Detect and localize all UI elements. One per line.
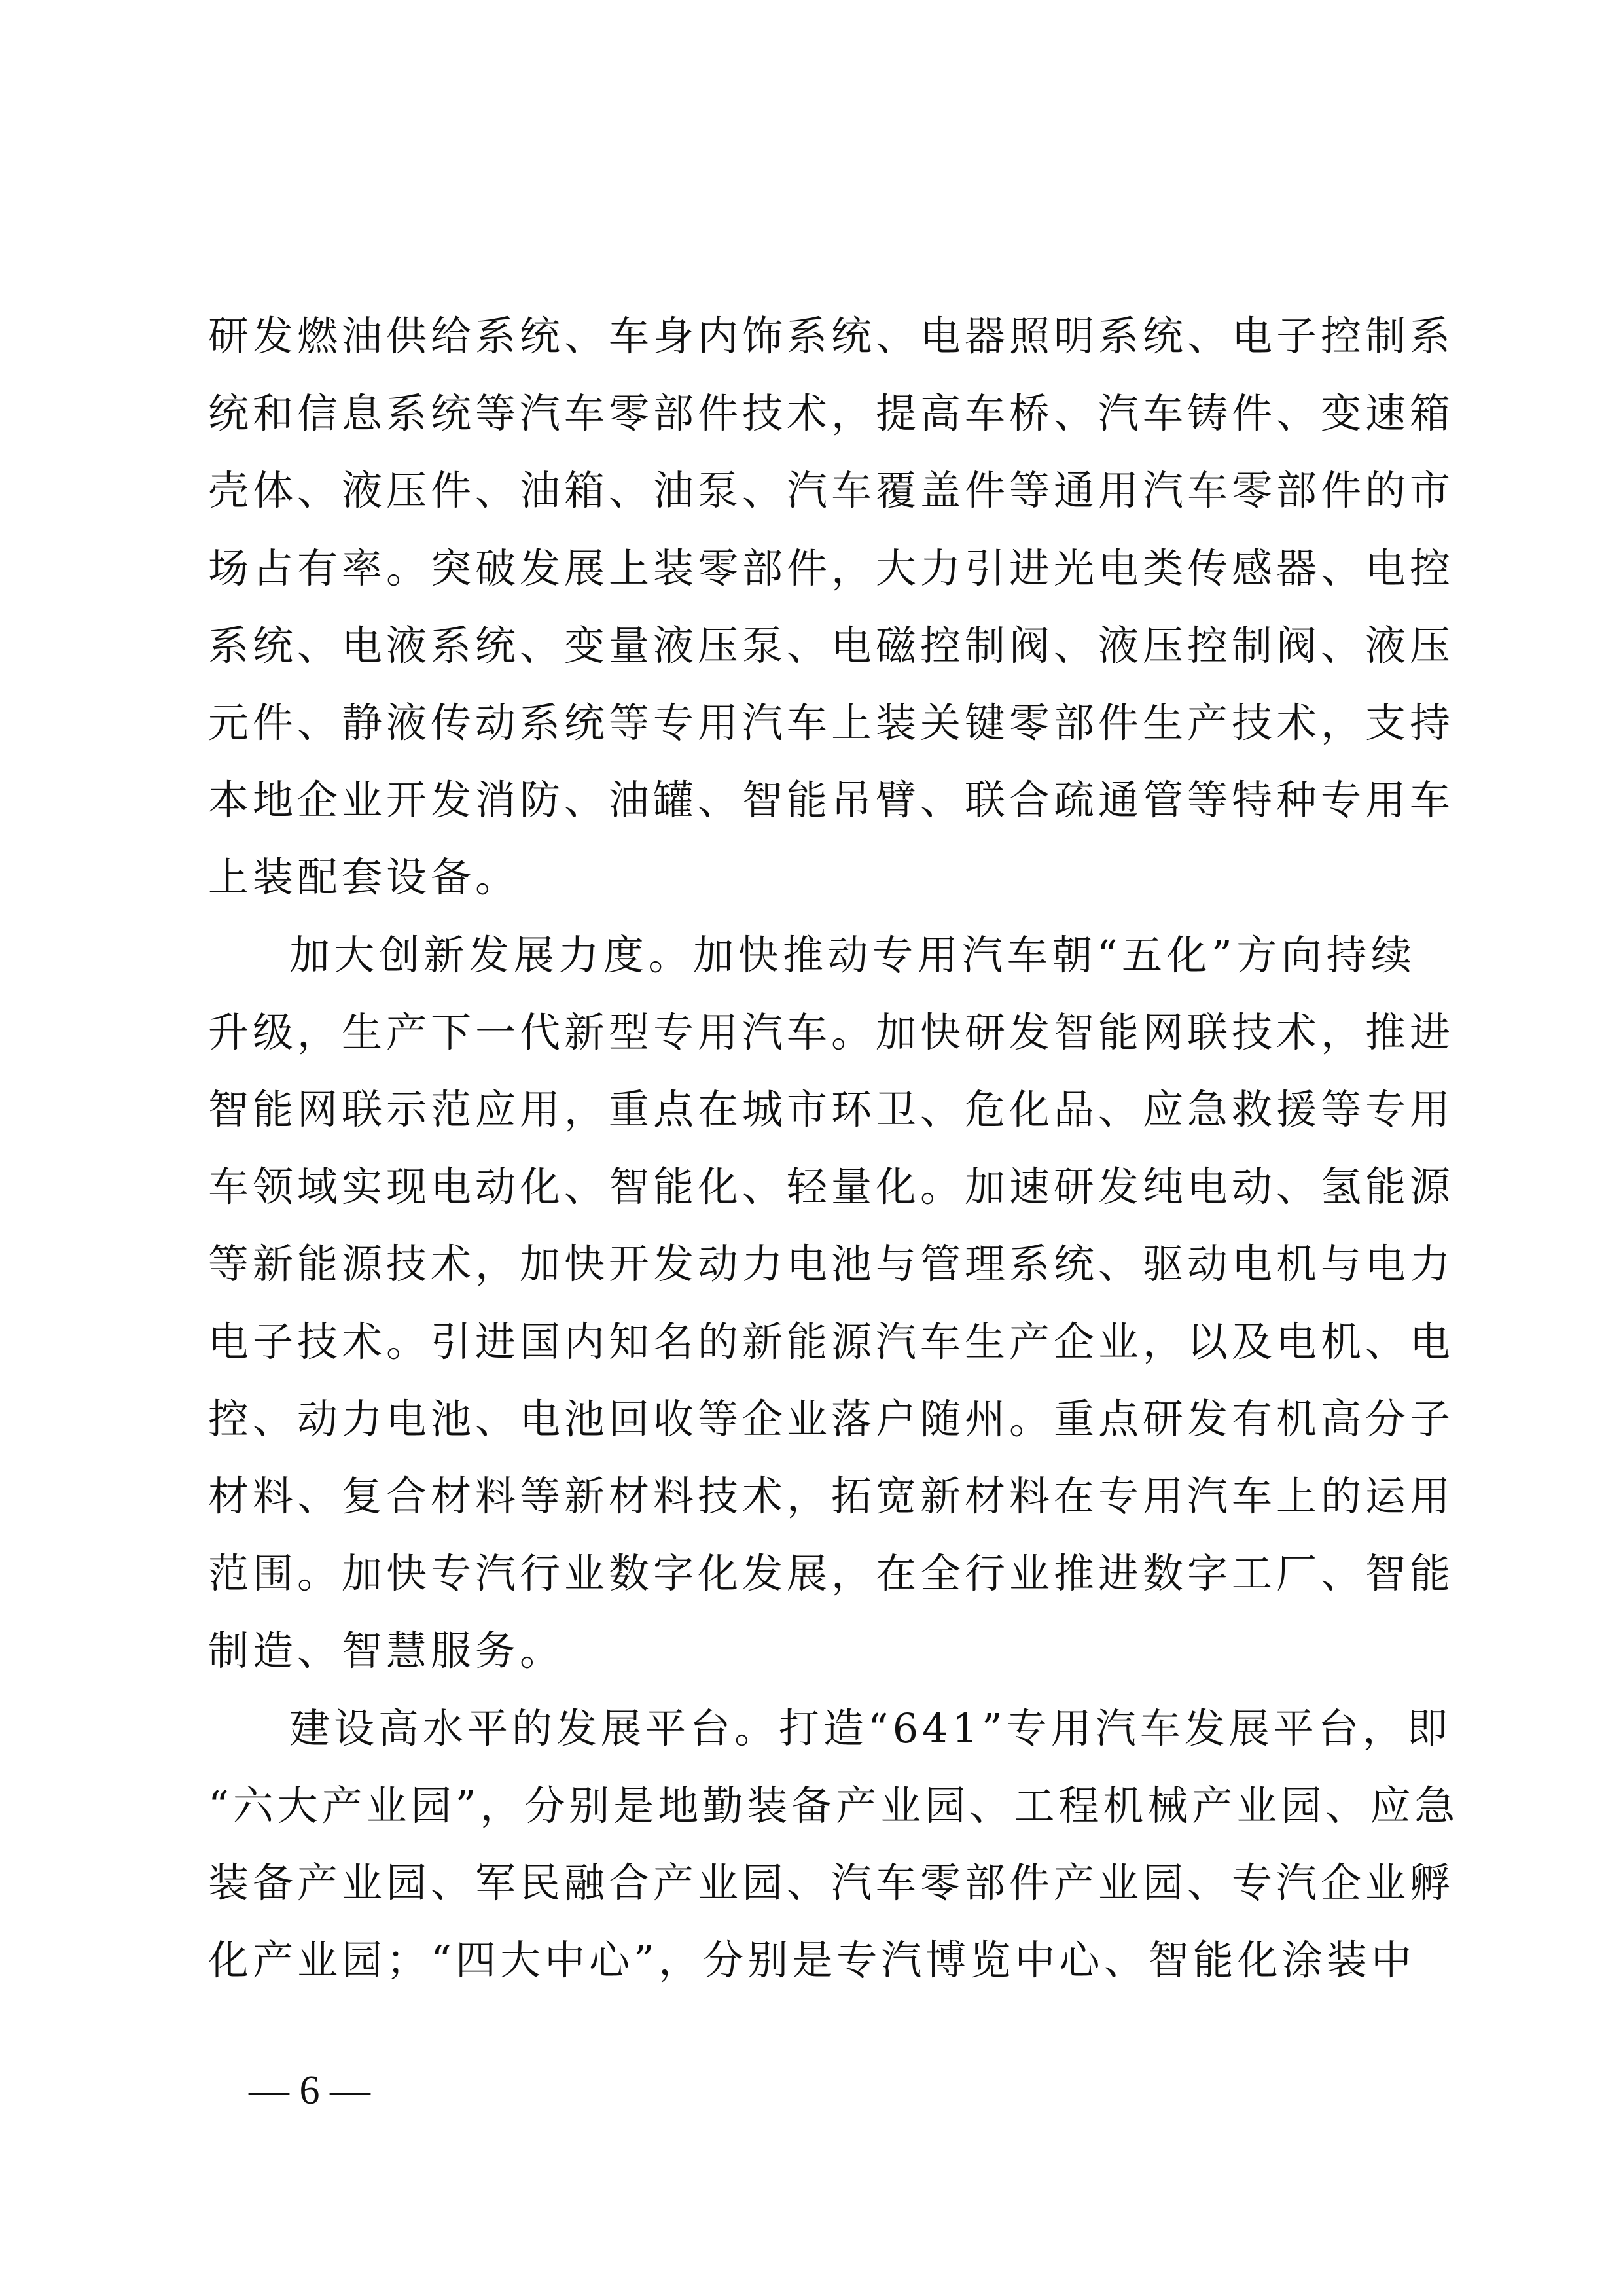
paragraph-3: 建设高水平的发展平台。打造“641”专用汽车发展平台，即 “六大产业园”，分别是…	[208, 1690, 1416, 2000]
text-line: 加大创新发展力度。加快推动专用汽车朝“五化”方向持续	[208, 917, 1416, 994]
text-line: 场占有率。突破发展上装零部件，大力引进光电类传感器、电控	[208, 530, 1416, 607]
text-line: 等新能源技术，加快开发动力电池与管理系统、驱动电机与电力	[208, 1226, 1416, 1303]
text-line: 建设高水平的发展平台。打造“641”专用汽车发展平台，即	[208, 1690, 1416, 1767]
text-line: 车领域实现电动化、智能化、轻量化。加速研发纯电动、氢能源	[208, 1148, 1416, 1226]
paragraph-1: 研发燃油供给系统、车身内饰系统、电器照明系统、电子控制系 统和信息系统等汽车零部…	[208, 298, 1416, 917]
text-line: 升级，生产下一代新型专用汽车。加快研发智能网联技术，推进	[208, 994, 1416, 1071]
text-line: 范围。加快专汽行业数字化发展，在全行业推进数字工厂、智能	[208, 1535, 1416, 1612]
text-line: 智能网联示范应用，重点在城市环卫、危化品、应急救援等专用	[208, 1071, 1416, 1148]
text-line: 元件、静液传动系统等专用汽车上装关键零部件生产技术，支持	[208, 684, 1416, 762]
text-line: 本地企业开发消防、油罐、智能吊臂、联合疏通管等特种专用车	[208, 762, 1416, 839]
document-page: 研发燃油供给系统、车身内饰系统、电器照明系统、电子控制系 统和信息系统等汽车零部…	[0, 0, 1623, 2296]
text-line: “六大产业园”，分别是地勤装备产业园、工程机械产业园、应急	[208, 1767, 1416, 1845]
body-text: 研发燃油供给系统、车身内饰系统、电器照明系统、电子控制系 统和信息系统等汽车零部…	[208, 298, 1416, 1999]
text-line: 统和信息系统等汽车零部件技术，提高车桥、汽车铸件、变速箱	[208, 375, 1416, 452]
page-number: — 6 —	[249, 2068, 370, 2114]
text-line: 化产业园；“四大中心”，分别是专汽博览中心、智能化涂装中	[208, 1922, 1416, 1999]
text-line: 控、动力电池、电池回收等企业落户随州。重点研发有机高分子	[208, 1381, 1416, 1458]
text-line: 电子技术。引进国内知名的新能源汽车生产企业，以及电机、电	[208, 1303, 1416, 1381]
paragraph-2: 加大创新发展力度。加快推动专用汽车朝“五化”方向持续 升级，生产下一代新型专用汽…	[208, 917, 1416, 1690]
text-line: 制造、智慧服务。	[208, 1612, 1416, 1689]
text-line: 研发燃油供给系统、车身内饰系统、电器照明系统、电子控制系	[208, 298, 1416, 375]
text-line: 系统、电液系统、变量液压泵、电磁控制阀、液压控制阀、液压	[208, 607, 1416, 684]
text-line: 材料、复合材料等新材料技术，拓宽新材料在专用汽车上的运用	[208, 1458, 1416, 1535]
text-line: 壳体、液压件、油箱、油泵、汽车覆盖件等通用汽车零部件的市	[208, 452, 1416, 529]
text-line: 装备产业园、军民融合产业园、汽车零部件产业园、专汽企业孵	[208, 1845, 1416, 1922]
text-line: 上装配套设备。	[208, 839, 1416, 916]
